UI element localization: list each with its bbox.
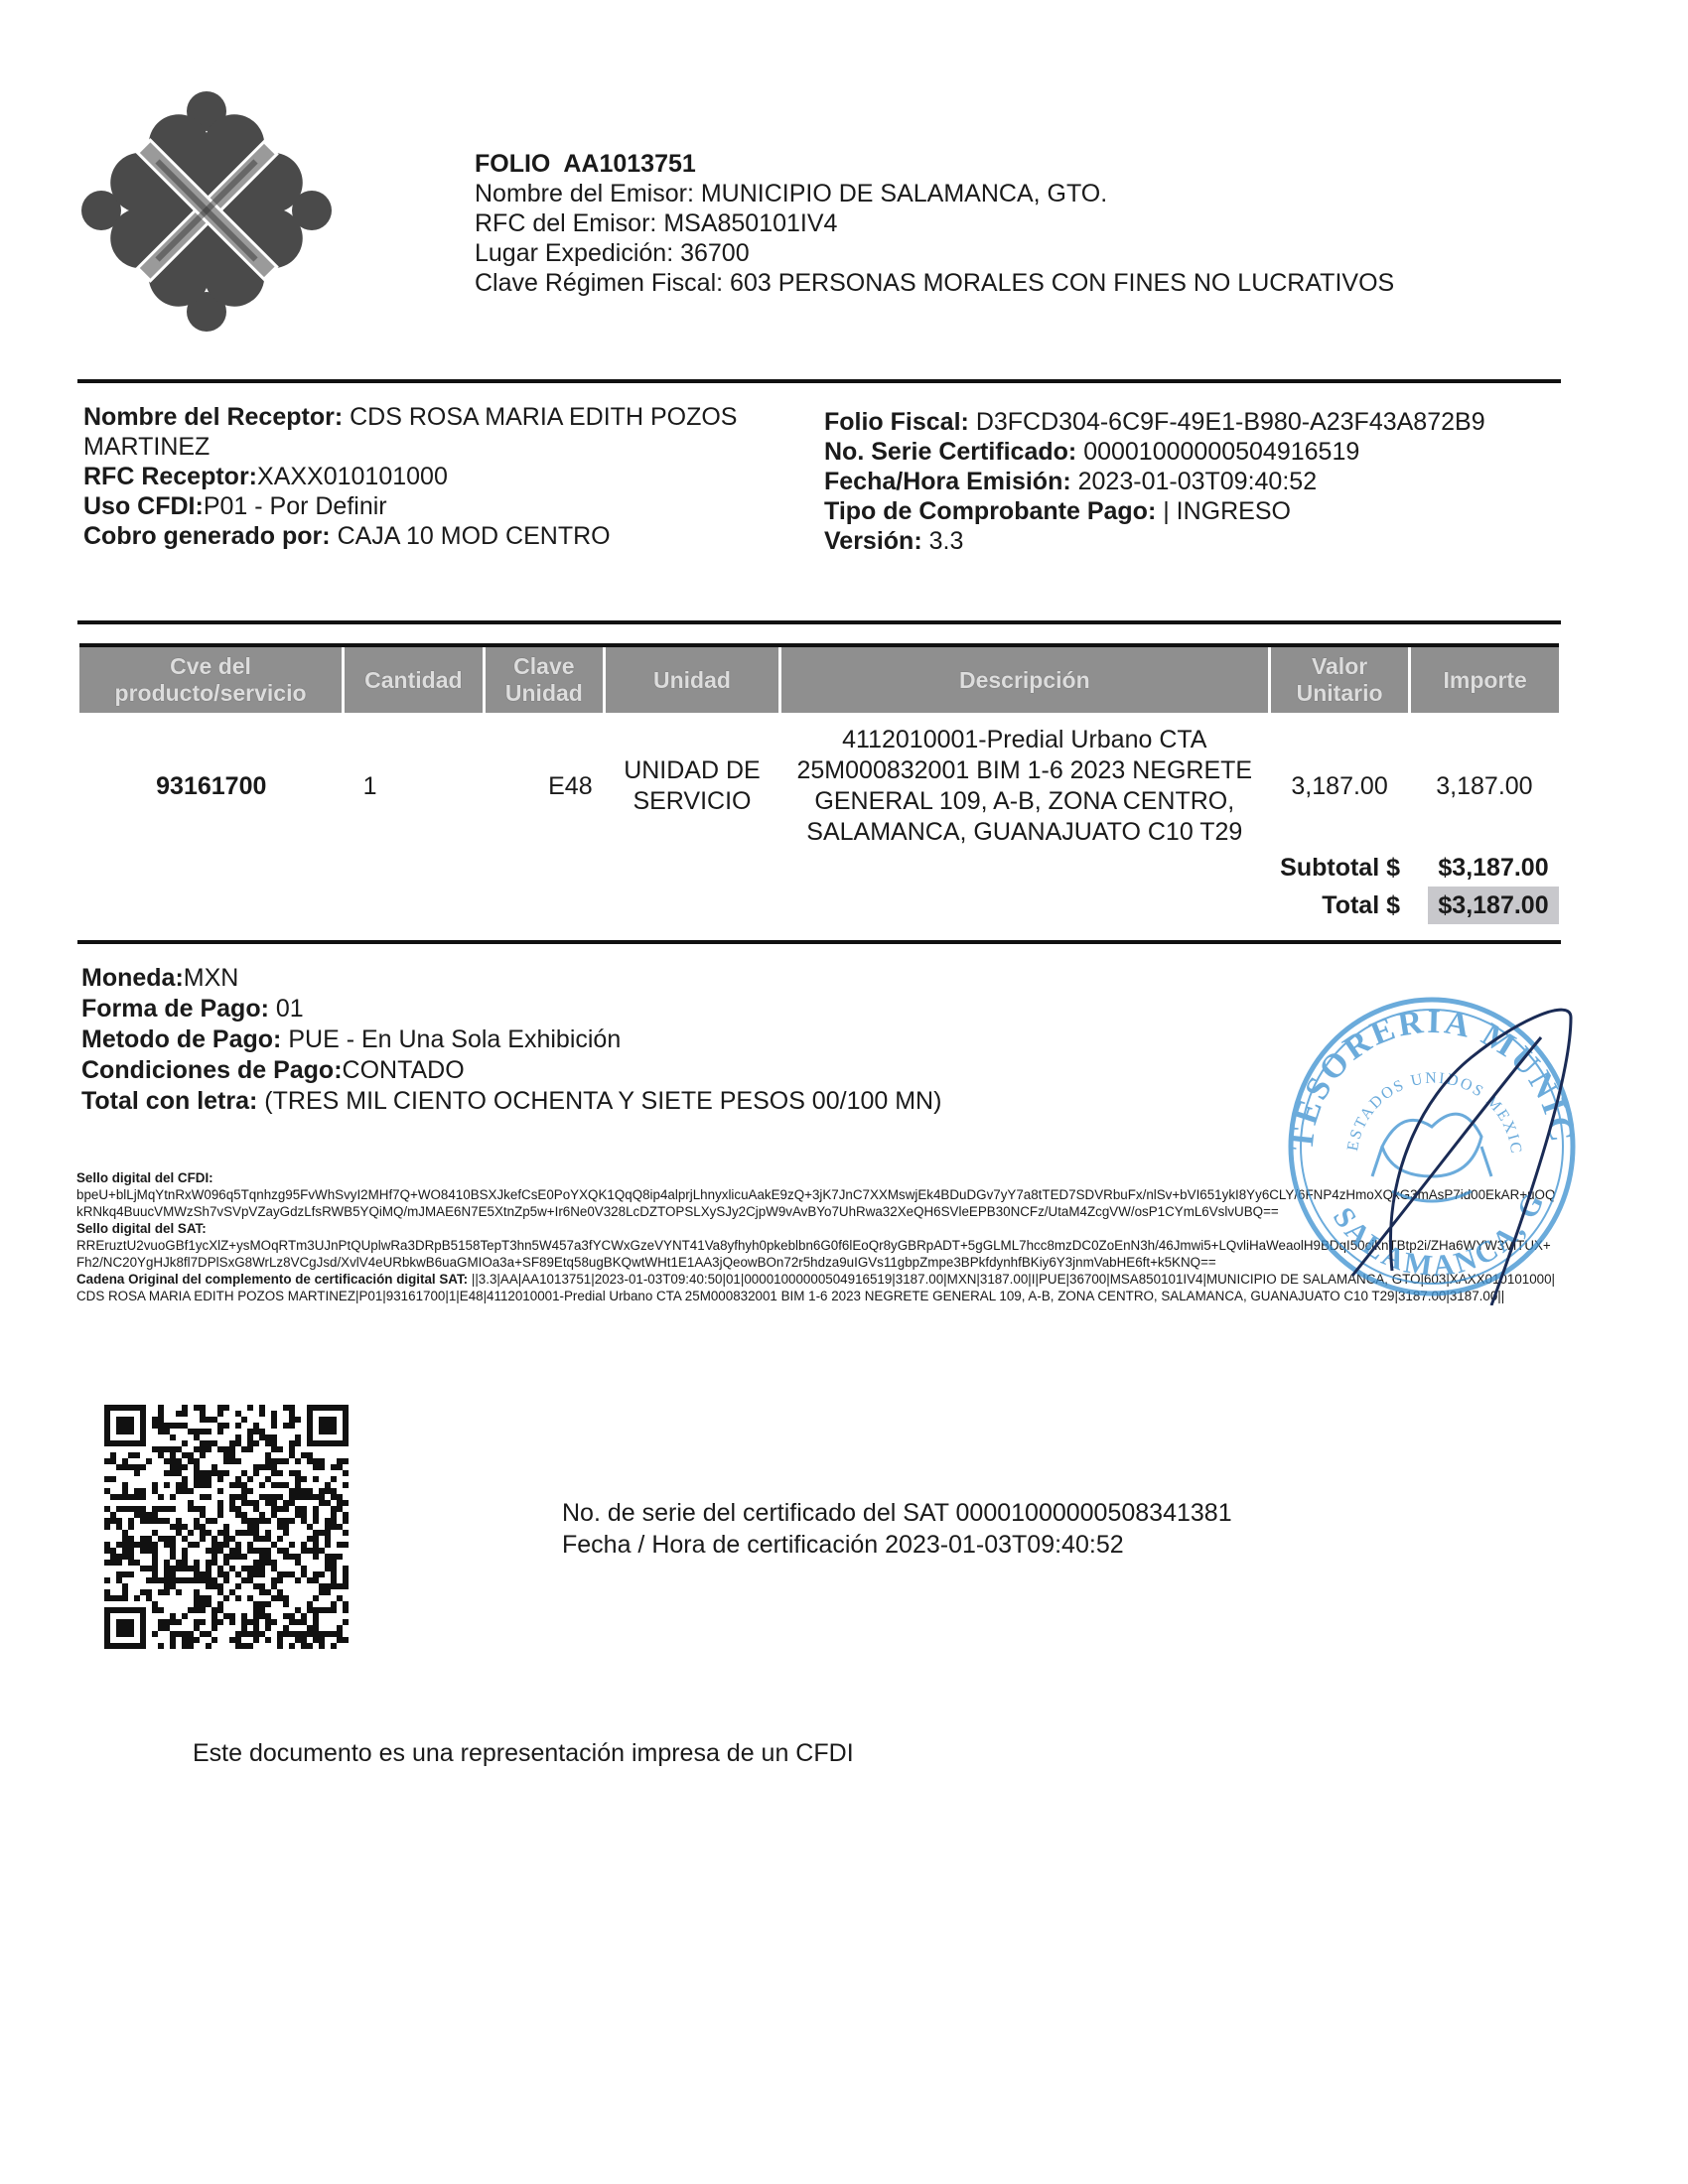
- divider: [77, 620, 1561, 624]
- total-value: $3,187.00: [1428, 887, 1559, 924]
- folio-fiscal: Folio Fiscal: D3FCD304-6C9F-49E1-B980-A2…: [824, 407, 1579, 437]
- folio-line: FOLIO AA1013751: [475, 149, 1394, 179]
- header-valor-unitario: Valor Unitario: [1269, 645, 1410, 713]
- total-label: Total $: [1322, 887, 1400, 924]
- totals-block: Subtotal $ $3,187.00 Total $ $3,187.00: [1271, 849, 1559, 924]
- folio-fiscal-label: Folio Fiscal:: [824, 408, 969, 436]
- forma-pago-value: 01: [276, 995, 304, 1023]
- total-letra: Total con letra: (TRES MIL CIENTO OCHENT…: [81, 1086, 941, 1117]
- footer-note: Este documento es una representación imp…: [193, 1739, 854, 1768]
- metodo-pago-label: Metodo de Pago:: [81, 1025, 281, 1053]
- receptor-rfc-label: RFC Receptor:: [83, 463, 257, 490]
- emisor-regimen: Clave Régimen Fiscal: 603 PERSONAS MORAL…: [475, 268, 1394, 298]
- divider: [77, 379, 1561, 383]
- receptor-nombre: Nombre del Receptor: CDS ROSA MARIA EDIT…: [83, 402, 778, 462]
- tipo-comprobante-value: | INGRESO: [1163, 497, 1291, 525]
- moneda-value: MXN: [184, 964, 239, 992]
- receptor-nombre-label: Nombre del Receptor:: [83, 403, 343, 431]
- receptor-uso-label: Uso CFDI:: [83, 492, 204, 520]
- tipo-comprobante: Tipo de Comprobante Pago: | INGRESO: [824, 496, 1579, 526]
- header-cantidad: Cantidad: [344, 645, 485, 713]
- emisor-regimen-label: Clave Régimen Fiscal:: [475, 269, 723, 297]
- serie-certificado-value: 00001000000504916519: [1083, 438, 1359, 466]
- emisor-lugar-value: 36700: [680, 239, 750, 267]
- total-row: Total $ $3,187.00: [1271, 887, 1559, 924]
- hearts-cross-logo-icon: [79, 81, 334, 340]
- emisor-nombre-label: Nombre del Emisor:: [475, 180, 694, 207]
- fecha-emision-value: 2023-01-03T09:40:52: [1078, 468, 1317, 495]
- fiscal-block: Folio Fiscal: D3FCD304-6C9F-49E1-B980-A2…: [824, 407, 1579, 556]
- serie-sat-label: No. de serie del certificado del SAT: [562, 1499, 949, 1527]
- table-header-row: Cve del producto/servicio Cantidad Clave…: [79, 645, 1559, 713]
- total-letra-label: Total con letra:: [81, 1087, 257, 1115]
- emisor-nombre: Nombre del Emisor: MUNICIPIO DE SALAMANC…: [475, 179, 1394, 208]
- metodo-pago-value: PUE - En Una Sola Exhibición: [288, 1025, 621, 1053]
- folio-label: FOLIO: [475, 150, 550, 178]
- fecha-certificacion-value: 2023-01-03T09:40:52: [885, 1531, 1123, 1559]
- subtotal-label: Subtotal $: [1280, 849, 1400, 887]
- receptor-cobro-label: Cobro generado por:: [83, 522, 331, 550]
- emisor-regimen-value: 603 PERSONAS MORALES CON FINES NO LUCRAT…: [730, 269, 1394, 297]
- condiciones-pago-label: Condiciones de Pago:: [81, 1056, 343, 1084]
- tesoreria-municipal-stamp-icon: TESORERIA MUNICIPAL ESTADOS UNIDOS MEXIC…: [1273, 978, 1591, 1305]
- divider: [77, 940, 1561, 944]
- header-clave-unidad: Clave Unidad: [484, 645, 604, 713]
- subtotal-row: Subtotal $ $3,187.00: [1271, 849, 1559, 887]
- receptor-rfc: RFC Receptor:XAXX010101000: [83, 462, 778, 491]
- payment-block: Moneda:MXN Forma de Pago: 01 Metodo de P…: [81, 963, 941, 1117]
- items-table: Cve del producto/servicio Cantidad Clave…: [79, 643, 1559, 848]
- cell-clave-unidad: E48: [484, 713, 604, 848]
- serie-certificado: No. Serie Certificado: 00001000000504916…: [824, 437, 1579, 467]
- header-unidad: Unidad: [605, 645, 780, 713]
- emisor-rfc: RFC del Emisor: MSA850101IV4: [475, 208, 1394, 238]
- receptor-cobro-value: CAJA 10 MOD CENTRO: [338, 522, 611, 550]
- cell-unidad: UNIDAD DE SERVICIO: [605, 713, 780, 848]
- certificacion-block: No. de serie del certificado del SAT 000…: [562, 1497, 1232, 1561]
- header-importe: Importe: [1410, 645, 1559, 713]
- cell-descripcion: 4112010001-Predial Urbano CTA 25M0008320…: [779, 713, 1269, 848]
- svg-text:TESORERIA MUNICIPAL: TESORERIA MUNICIPAL: [1273, 978, 1580, 1153]
- fecha-emision: Fecha/Hora Emisión: 2023-01-03T09:40:52: [824, 467, 1579, 496]
- receptor-rfc-value: XAXX010101000: [257, 463, 448, 490]
- serie-sat: No. de serie del certificado del SAT 000…: [562, 1497, 1232, 1529]
- condiciones-pago: Condiciones de Pago:CONTADO: [81, 1055, 941, 1086]
- header-descripcion: Descripción: [779, 645, 1269, 713]
- moneda: Moneda:MXN: [81, 963, 941, 994]
- condiciones-pago-value: CONTADO: [343, 1056, 465, 1084]
- header-clave-producto: Cve del producto/servicio: [79, 645, 344, 713]
- serie-sat-value: 00001000000508341381: [956, 1499, 1232, 1527]
- emisor-block: FOLIO AA1013751 Nombre del Emisor: MUNIC…: [475, 149, 1394, 298]
- cadena-original-label: Cadena Original del complemento de certi…: [76, 1272, 468, 1287]
- cell-importe: 3,187.00: [1410, 713, 1559, 848]
- receptor-uso: Uso CFDI:P01 - Por Definir: [83, 491, 778, 521]
- receptor-cobro: Cobro generado por: CAJA 10 MOD CENTRO: [83, 521, 778, 551]
- total-letra-value: (TRES MIL CIENTO OCHENTA Y SIETE PESOS 0…: [264, 1087, 941, 1115]
- cell-clave-producto: 93161700: [79, 713, 344, 848]
- forma-pago-label: Forma de Pago:: [81, 995, 269, 1023]
- emisor-rfc-value: MSA850101IV4: [663, 209, 837, 237]
- fecha-emision-label: Fecha/Hora Emisión:: [824, 468, 1071, 495]
- emisor-lugar: Lugar Expedición: 36700: [475, 238, 1394, 268]
- emisor-lugar-label: Lugar Expedición:: [475, 239, 673, 267]
- receptor-uso-value: P01 - Por Definir: [204, 492, 387, 520]
- version-value: 3.3: [929, 527, 964, 555]
- emisor-rfc-label: RFC del Emisor:: [475, 209, 656, 237]
- emisor-nombre-value: MUNICIPIO DE SALAMANCA, GTO.: [701, 180, 1107, 207]
- folio-value: AA1013751: [563, 150, 695, 178]
- version: Versión: 3.3: [824, 526, 1579, 556]
- moneda-label: Moneda:: [81, 964, 184, 992]
- version-label: Versión:: [824, 527, 922, 555]
- tipo-comprobante-label: Tipo de Comprobante Pago:: [824, 497, 1156, 525]
- metodo-pago: Metodo de Pago: PUE - En Una Sola Exhibi…: [81, 1024, 941, 1055]
- qr-code-icon: [103, 1405, 350, 1649]
- fecha-certificacion-label: Fecha / Hora de certificación: [562, 1531, 878, 1559]
- fecha-certificacion: Fecha / Hora de certificación 2023-01-03…: [562, 1529, 1232, 1561]
- cell-cantidad: 1: [344, 713, 485, 848]
- receptor-block: Nombre del Receptor: CDS ROSA MARIA EDIT…: [83, 402, 778, 551]
- forma-pago: Forma de Pago: 01: [81, 994, 941, 1024]
- cell-valor-unitario: 3,187.00: [1269, 713, 1410, 848]
- folio-fiscal-value: D3FCD304-6C9F-49E1-B980-A23F43A872B9: [976, 408, 1485, 436]
- subtotal-value: $3,187.00: [1428, 849, 1559, 887]
- table-row: 93161700 1 E48 UNIDAD DE SERVICIO 411201…: [79, 713, 1559, 848]
- serie-certificado-label: No. Serie Certificado:: [824, 438, 1076, 466]
